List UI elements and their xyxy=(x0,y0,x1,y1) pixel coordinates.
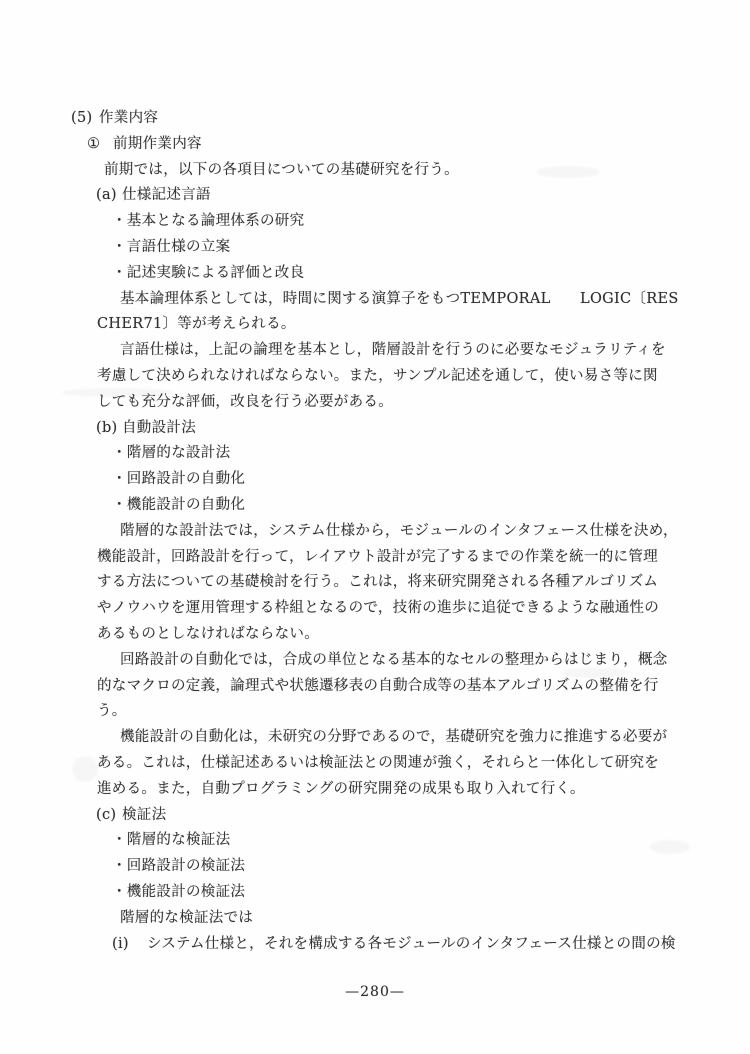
line-text: ・階層的な検証法 xyxy=(112,832,230,848)
line-text: 基本論理体系としては，時間に関する演算子をもつTEMPORAL LOGIC〔RE… xyxy=(120,291,679,307)
line-text: 前期では，以下の各項目についての基礎研究を行う。 xyxy=(104,162,459,178)
text-line: ・基本となる論理体系の研究 xyxy=(0,209,750,235)
page-number: —280— xyxy=(0,984,750,1000)
text-line: CHER71〕等が考えられる。 xyxy=(0,312,750,338)
line-text: 的なマクロの定義，論理式や状態遷移表の自動合成等の基本アルゴリズムの整備を行 xyxy=(97,678,659,694)
text-line: (5)作業内容 xyxy=(0,106,750,132)
text-line: 進める。また，自動プログラミングの研究開発の成果も取り入れて行く。 xyxy=(0,777,750,803)
line-text: 考慮して決められなければならない。また，サンプル記述を通して，使い易さ等に関 xyxy=(97,368,658,384)
text-line: ・回路設計の自動化 xyxy=(0,467,750,493)
text-line: 階層的な検証法では xyxy=(0,906,750,932)
text-line: 基本論理体系としては，時間に関する演算子をもつTEMPORAL LOGIC〔RE… xyxy=(0,287,750,313)
line-text: ・言語仕様の立案 xyxy=(112,239,230,255)
line-marker: ① xyxy=(87,132,113,158)
text-line: (i)システム仕様と，それを構成する各モジュールのインタフェース仕様との間の検 xyxy=(0,932,750,958)
document-page: (5)作業内容①前期作業内容前期では，以下の各項目についての基礎研究を行う。(a… xyxy=(0,0,750,1054)
line-text: CHER71〕等が考えられる。 xyxy=(97,316,296,332)
text-line: 回路設計の自動化では，合成の単位となる基本的なセルの整理からはじまり，概念 xyxy=(0,648,750,674)
text-line: する方法についての基礎検討を行う。これは，将来研究開発される各種アルゴリズム xyxy=(0,570,750,596)
line-text: ・基本となる論理体系の研究 xyxy=(112,213,304,229)
text-line: ・回路設計の検証法 xyxy=(0,854,750,880)
text-line: 的なマクロの定義，論理式や状態遷移表の自動合成等の基本アルゴリズムの整備を行 xyxy=(0,674,750,700)
line-text: 機能設計，回路設計を行って，レイアウト設計が完了するまでの作業を統一的に管理 xyxy=(97,549,658,565)
line-text: する方法についての基礎検討を行う。これは，将来研究開発される各種アルゴリズム xyxy=(97,574,658,590)
line-text: しても充分な評価，改良を行う必要がある。 xyxy=(97,394,393,410)
line-text: 階層的な検証法では xyxy=(120,910,253,926)
line-text: ある。これは，仕様記述あるいは検証法との関連が強く，それらと一体化して研究を xyxy=(97,755,659,771)
text-line: (b)自動設計法 xyxy=(0,416,750,442)
text-line: (c)検証法 xyxy=(0,803,750,829)
text-line: ・階層的な検証法 xyxy=(0,828,750,854)
line-text: 機能設計の自動化は，未研究の分野であるので，基礎研究を強力に推進する必要が xyxy=(120,729,667,745)
line-text: 検証法 xyxy=(122,807,166,823)
text-line: 考慮して決められなければならない。また，サンプル記述を通して，使い易さ等に関 xyxy=(0,364,750,390)
line-text: ・機能設計の検証法 xyxy=(112,884,245,900)
text-line: 前期では，以下の各項目についての基礎研究を行う。 xyxy=(0,158,750,184)
text-line: あるものとしなければならない。 xyxy=(0,622,750,648)
line-text: ・機能設計の自動化 xyxy=(112,497,245,513)
text-line: う。 xyxy=(0,699,750,725)
line-marker: (i) xyxy=(112,932,147,958)
line-text: 自動設計法 xyxy=(122,420,196,436)
text-line: (a)仕様記述言語 xyxy=(0,183,750,209)
line-text: やノウハウを運用管理する枠組となるので，技術の進歩に追従できるような融通性の xyxy=(97,600,659,616)
line-text: 階層的な設計法では，システム仕様から，モジュールのインタフェース仕様を決め， xyxy=(120,523,678,539)
line-text: 作業内容 xyxy=(99,110,158,126)
line-text: ・回路設計の自動化 xyxy=(112,471,245,487)
line-text: ・回路設計の検証法 xyxy=(112,858,245,874)
line-text: ・記述実験による評価と改良 xyxy=(112,265,304,281)
text-line: ・機能設計の検証法 xyxy=(0,880,750,906)
text-line: 機能設計，回路設計を行って，レイアウト設計が完了するまでの作業を統一的に管理 xyxy=(0,545,750,571)
line-marker: (c) xyxy=(96,803,122,829)
document-body: (5)作業内容①前期作業内容前期では，以下の各項目についての基礎研究を行う。(a… xyxy=(0,106,750,957)
line-text: 言語仕様は，上記の論理を基本とし，階層設計を行うのに必要なモジュラリティを xyxy=(120,342,666,358)
text-line: 機能設計の自動化は，未研究の分野であるので，基礎研究を強力に推進する必要が xyxy=(0,725,750,751)
line-text: 前期作業内容 xyxy=(113,136,202,152)
text-line: 階層的な設計法では，システム仕様から，モジュールのインタフェース仕様を決め， xyxy=(0,519,750,545)
text-line: ・記述実験による評価と改良 xyxy=(0,261,750,287)
line-marker: (b) xyxy=(96,416,122,442)
line-text: う。 xyxy=(97,703,127,719)
text-line: ・階層的な設計法 xyxy=(0,441,750,467)
text-line: 言語仕様は，上記の論理を基本とし，階層設計を行うのに必要なモジュラリティを xyxy=(0,338,750,364)
text-line: ある。これは，仕様記述あるいは検証法との関連が強く，それらと一体化して研究を xyxy=(0,751,750,777)
text-line: ①前期作業内容 xyxy=(0,132,750,158)
line-text: 進める。また，自動プログラミングの研究開発の成果も取り入れて行く。 xyxy=(97,781,585,797)
line-text: ・階層的な設計法 xyxy=(112,445,230,461)
line-marker: (a) xyxy=(96,183,122,209)
line-text: システム仕様と，それを構成する各モジュールのインタフェース仕様との間の検 xyxy=(147,936,676,952)
line-text: 仕様記述言語 xyxy=(122,187,211,203)
text-line: やノウハウを運用管理する枠組となるので，技術の進歩に追従できるような融通性の xyxy=(0,596,750,622)
line-text: 回路設計の自動化では，合成の単位となる基本的なセルの整理からはじまり，概念 xyxy=(120,652,668,668)
line-text: あるものとしなければならない。 xyxy=(97,626,319,642)
text-line: しても充分な評価，改良を行う必要がある。 xyxy=(0,390,750,416)
line-marker: (5) xyxy=(71,106,99,132)
text-line: ・言語仕様の立案 xyxy=(0,235,750,261)
text-line: ・機能設計の自動化 xyxy=(0,493,750,519)
